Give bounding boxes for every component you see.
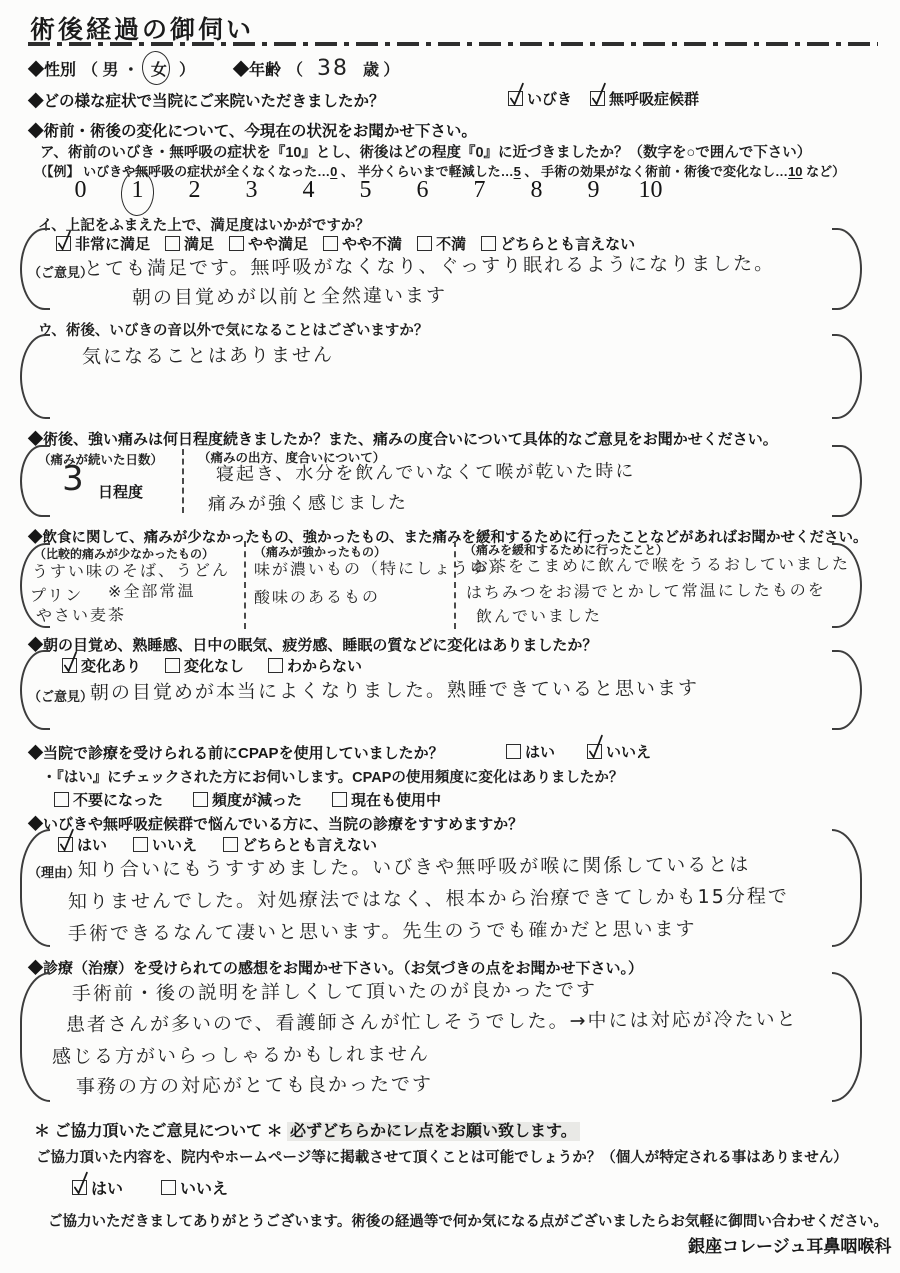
- no-change-checkbox[interactable]: [165, 658, 180, 673]
- recommend-options: はい いいえ どちらとも言えない: [58, 834, 377, 855]
- scale-1-selected[interactable]: 1: [109, 177, 166, 204]
- sleep-answer: 朝の目覚めが本当によくなりました。熟睡できていると思います: [90, 673, 699, 705]
- header-divider: [28, 42, 878, 46]
- cpap-reduced-frequency[interactable]: 頻度が減った: [193, 789, 302, 810]
- recommend-no-checkbox[interactable]: [133, 837, 148, 852]
- scale-3[interactable]: 3: [223, 177, 280, 204]
- cpap-yes-checkbox[interactable]: [506, 744, 521, 759]
- neither-checkbox[interactable]: [481, 236, 496, 251]
- diet-divider-1: [244, 541, 246, 629]
- age-label: ◆年齢: [233, 57, 281, 80]
- age-unit: 歳 ）: [363, 57, 399, 80]
- diet-col3-line1: お茶をこまめに飲んで喉をうるおしていました: [472, 551, 850, 577]
- other-concerns-answer-box: 気になることはありません: [20, 334, 862, 419]
- somewhat-dissatisfied-checkbox[interactable]: [323, 236, 338, 251]
- recommend-no[interactable]: いいえ: [133, 834, 197, 855]
- option-changed[interactable]: 変化あり: [62, 655, 141, 676]
- impression-line4: 事務の方の対応がとても良かったです: [76, 1069, 433, 1099]
- change-heading: ◆術前・術後の変化について、今現在の状況をお聞かせ下さい。: [28, 119, 477, 141]
- impression-line2: 患者さんが多いので、看護師さんが忙しそうでした。→中には対応が冷たいと: [66, 1004, 798, 1037]
- pain-days-unit: 日程度: [98, 481, 143, 502]
- recommend-reason-line2: 知りませんでした。対処療法ではなく、根本から治療できてしかも15分程で: [68, 881, 789, 914]
- diet-col1-line3: やさい麦茶: [36, 602, 126, 626]
- sleep-opinion-label: （ご意見）: [28, 686, 93, 705]
- consent-emphasis: 必ずどちらかにレ点をお願い致します。: [287, 1122, 580, 1141]
- scale-5[interactable]: 5: [337, 177, 394, 204]
- reason-label: （理由）: [28, 862, 80, 881]
- recommend-reason-line1: 知り合いにもうすすめました。いびきや無呼吸が喉に関係しているとは: [78, 850, 750, 882]
- scale-10[interactable]: 10: [622, 177, 679, 204]
- unsure-checkbox[interactable]: [268, 658, 283, 673]
- age-paren-open: （: [287, 57, 303, 80]
- option-unsure[interactable]: わからない: [268, 655, 362, 676]
- diet-col1-note: ※全部常温: [108, 578, 196, 602]
- consent-yes[interactable]: はい: [72, 1176, 123, 1199]
- cpap-sub-options: 不要になった 頻度が減った 現在も使用中: [54, 789, 441, 810]
- pain-days-label: （痛みが続いた日数）: [38, 450, 163, 468]
- option-somewhat-satisfied[interactable]: やや満足: [229, 233, 308, 254]
- snoring-checkbox[interactable]: [508, 91, 523, 106]
- check-icon: [57, 237, 70, 250]
- consent-yes-checkbox[interactable]: [72, 1180, 87, 1195]
- check-icon: [509, 92, 522, 105]
- selected-score-ring: [120, 169, 155, 217]
- satisfied-checkbox[interactable]: [165, 236, 180, 251]
- recommend-yes[interactable]: はい: [58, 834, 107, 855]
- consent-no-checkbox[interactable]: [161, 1180, 176, 1195]
- cpap-no-longer-needed[interactable]: 不要になった: [54, 789, 163, 810]
- cpap-options: はい いいえ: [506, 741, 651, 762]
- dissatisfied-checkbox[interactable]: [417, 236, 432, 251]
- thanks-note: ご協力いただきましてありがとうございます。術後の経過等で何か気になる点がございま…: [48, 1210, 888, 1231]
- recommend-neither-checkbox[interactable]: [223, 837, 238, 852]
- consent-no[interactable]: いいえ: [161, 1176, 228, 1199]
- scale-4[interactable]: 4: [280, 177, 337, 204]
- recommend-yes-checkbox[interactable]: [58, 837, 73, 852]
- satisfaction-comment-line1: とても満足です。無呼吸がなくなり、ぐっすり眠れるようになりました。: [84, 249, 775, 281]
- symptom-option-snoring[interactable]: いびき: [508, 88, 572, 109]
- scale-0[interactable]: 0: [52, 177, 109, 204]
- gender-options-pre: （ 男 ・: [82, 57, 139, 80]
- scale-7[interactable]: 7: [451, 177, 508, 204]
- diet-col2-line2: 酸味のあるもの: [254, 584, 380, 608]
- diet-answer-box: （比較的痛みが少なかったもの） うすい味のそば、うどん プリン ※全部常温 やさ…: [20, 543, 862, 628]
- very-satisfied-checkbox[interactable]: [56, 236, 71, 251]
- diet-col3-line2: はちみつをお湯でとかして常温にしたものを: [466, 577, 826, 603]
- scale-6[interactable]: 6: [394, 177, 451, 204]
- option-satisfied[interactable]: 満足: [165, 233, 214, 254]
- cpap-sub-question: ・『はい』にチェックされた方にお伺いします。CPAPの使用頻度に変化はありました…: [42, 766, 623, 787]
- pain-box-divider: [182, 449, 184, 513]
- example-score-10: 10: [788, 164, 802, 179]
- symptom-options: いびき 無呼吸症候群: [508, 88, 699, 109]
- cpap-no[interactable]: いいえ: [587, 741, 651, 762]
- diet-col2-line1: 味が濃いもの（特にしょうゆ）: [254, 555, 506, 580]
- check-icon: [591, 92, 604, 105]
- consent-star-line: ＊ ご協力頂いたご意見について ＊ 必ずどちらかにレ点をお願い致します。: [34, 1118, 580, 1141]
- symptom-option-apnea[interactable]: 無呼吸症候群: [590, 88, 699, 109]
- impression-answer-box: 手術前・後の説明を詳しくして頂いたのが良かったです 患者さんが多いので、看護師さ…: [20, 972, 862, 1102]
- sleep-options: 変化あり 変化なし わからない: [62, 655, 362, 676]
- scale-9[interactable]: 9: [565, 177, 622, 204]
- satisfaction-answer-box: 非常に満足 満足 やや満足 やや不満 不満 どちらとも言えない （ご意見） とて…: [20, 228, 862, 310]
- age-value-handwritten: 38: [309, 56, 357, 81]
- pain-desc-line2: 痛みが強く感じました: [208, 488, 408, 516]
- page-title: 術後経過の御伺い: [30, 10, 254, 46]
- satisfaction-comment-line2: 朝の目覚めが以前と全然違います: [132, 281, 447, 310]
- profile-row: ◆性別 （ 男 ・ 女 ） ◆年齢 （ 38 歳 ）: [28, 56, 399, 81]
- cpap-still-using[interactable]: 現在も使用中: [332, 789, 441, 810]
- no-longer-needed-checkbox[interactable]: [54, 792, 69, 807]
- cpap-no-checkbox[interactable]: [587, 744, 602, 759]
- gender-circle-mark: [140, 50, 171, 86]
- score-scale: 0 1 2 3 4 5 6 7 8 9 10: [52, 177, 684, 204]
- gender-selected: 女: [145, 57, 173, 80]
- impression-line3: 感じる方がいらっしゃるかもしれません: [52, 1039, 430, 1069]
- diet-divider-2: [454, 541, 456, 629]
- sleep-answer-box: 変化あり 変化なし わからない （ご意見） 朝の目覚めが本当によくなりました。熟…: [20, 650, 862, 730]
- gender-label: ◆性別: [28, 57, 76, 80]
- diet-col3-line3: 飲んでいました: [476, 603, 602, 627]
- gender-options-post: ）: [179, 57, 195, 80]
- somewhat-satisfied-checkbox[interactable]: [229, 236, 244, 251]
- change-line-a: ア、術前のいびき・無呼吸の症状を『10』とし、術後はどの程度『0』に近づきました…: [40, 141, 811, 162]
- other-concerns-answer: 気になることはありません: [82, 340, 334, 369]
- pain-answer-box: （痛みが続いた日数） 3 日程度 （痛みの出方、度合いについて） 寝起き、水分を…: [20, 445, 862, 517]
- option-no-change[interactable]: 変化なし: [165, 655, 244, 676]
- recommend-answer-box: はい いいえ どちらとも言えない （理由） 知り合いにもうすすめました。いびきや…: [20, 829, 862, 947]
- clinic-name: 銀座コレージュ耳鼻咽喉科: [688, 1232, 891, 1257]
- symptom-question: ◆どの様な症状で当院にご来院いただきましたか？: [28, 89, 385, 111]
- cpap-yes[interactable]: はい: [506, 741, 555, 762]
- impression-line1: 手術前・後の説明を詳しくして頂いたのが良かったです: [72, 975, 597, 1006]
- changed-checkbox[interactable]: [62, 658, 77, 673]
- scale-8[interactable]: 8: [508, 177, 565, 204]
- consent-question: ご協力頂いた内容を、院内やホームページ等に掲載させて頂くことは可能でしょうか？（…: [36, 1146, 848, 1167]
- cpap-question: ◆当院で診療を受けられる前にCPAPを使用していましたか？: [28, 742, 444, 763]
- apnea-checkbox[interactable]: [590, 91, 605, 106]
- still-using-checkbox[interactable]: [332, 792, 347, 807]
- reduced-frequency-checkbox[interactable]: [193, 792, 208, 807]
- pain-desc-line1: 寝起き、水分を飲んでいなくて喉が乾いた時に: [216, 457, 635, 486]
- option-very-satisfied[interactable]: 非常に満足: [56, 233, 150, 254]
- pain-days-value: 3: [62, 459, 86, 499]
- consent-options: はい いいえ: [72, 1176, 228, 1199]
- scanned-form: 術後経過の御伺い ◆性別 （ 男 ・ 女 ） ◆年齢 （ 38 歳 ） ◆どの様…: [0, 0, 900, 1273]
- scale-2[interactable]: 2: [166, 177, 223, 204]
- recommend-reason-line3: 手術できるなんて凄いと思います。先生のうでも確かだと思います: [68, 914, 697, 946]
